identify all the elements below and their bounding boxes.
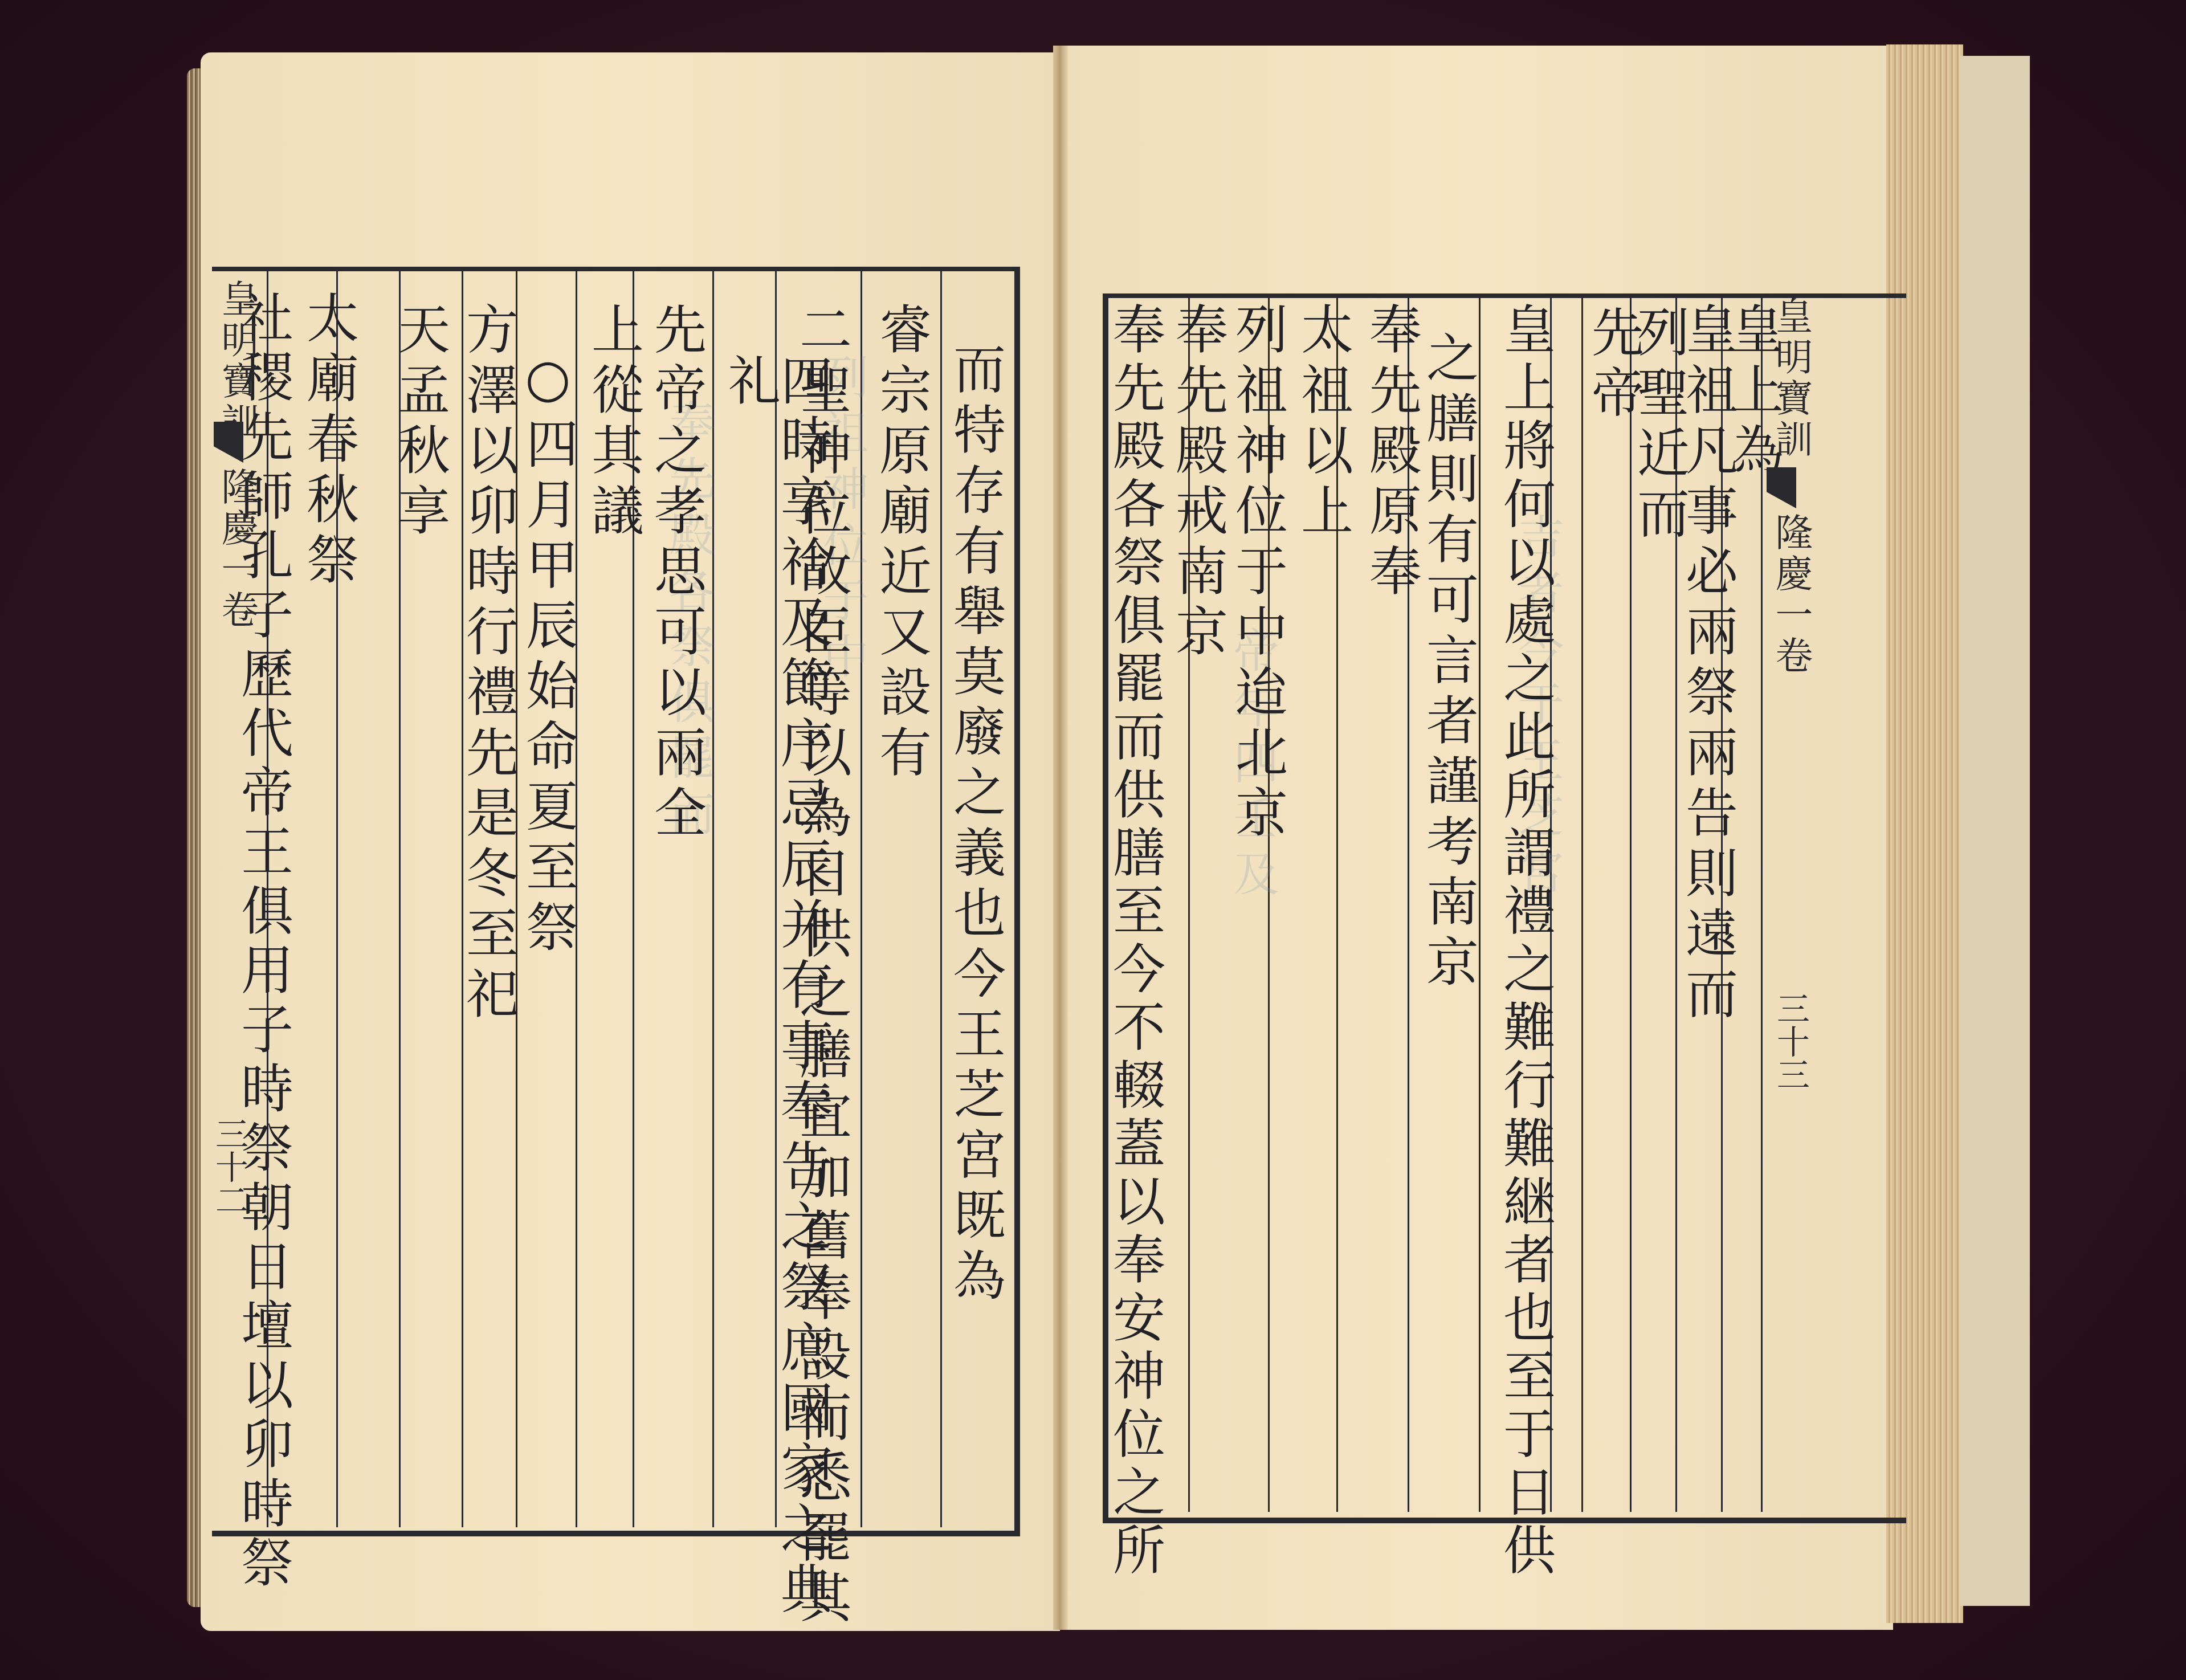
text-column: 天孟秋享 — [393, 302, 446, 544]
margin-volume: 隆慶一卷 — [210, 467, 264, 631]
text-column: 奉先殿各祭俱罷而供膳至今不輟蓋以奉安神位之所 — [1108, 302, 1161, 1581]
text-column: 奉先殿原奉 — [1365, 302, 1417, 604]
folio-number: 三十二 — [205, 1117, 253, 1216]
text-column: 皇上將何以處之此所謂禮之難行難継者也至于日供 — [1499, 302, 1551, 1581]
text-column: 之膳則有可言者謹考南京 — [1422, 331, 1474, 995]
text-column: ○四月甲辰始命夏至祭 — [521, 348, 574, 960]
text-column: 先帝 — [1587, 305, 1639, 426]
text-column: 而特存有舉莫廢之義也今王芝宮既為 — [949, 342, 1001, 1308]
text-column: 睿宗原廟近又設有 — [875, 302, 927, 785]
column-rule — [1479, 298, 1481, 1512]
text-column: 太祖以上 — [1296, 302, 1349, 544]
book-gutter — [1053, 46, 1068, 1630]
column-rule — [1581, 298, 1583, 1512]
text-column: 奉先殿戒南京 — [1171, 302, 1223, 664]
column-rule — [940, 271, 942, 1527]
margin-volume: 隆慶一卷 — [1764, 513, 1818, 677]
right-cover-flap — [1960, 56, 2030, 1606]
text-column: 上從其議 — [587, 302, 639, 544]
text-column: 四時享祫及節序忌辰并有事奉告之祭庶國家之典礼 — [724, 353, 829, 1680]
text-column: 方澤以卯時行禮先是冬至祀 — [462, 302, 514, 1027]
text-column: 先帝之孝思可以兩全 — [650, 302, 702, 846]
folio-number: 三十三 — [1767, 992, 1814, 1091]
margin-book-title: 皇明寶訓 — [1764, 296, 1818, 460]
text-column: 列祖神位于中迨北京 — [1231, 302, 1283, 846]
margin-book-title: 皇明寶訓 — [210, 279, 264, 443]
text-column: 太廟春秋祭 — [302, 291, 354, 593]
